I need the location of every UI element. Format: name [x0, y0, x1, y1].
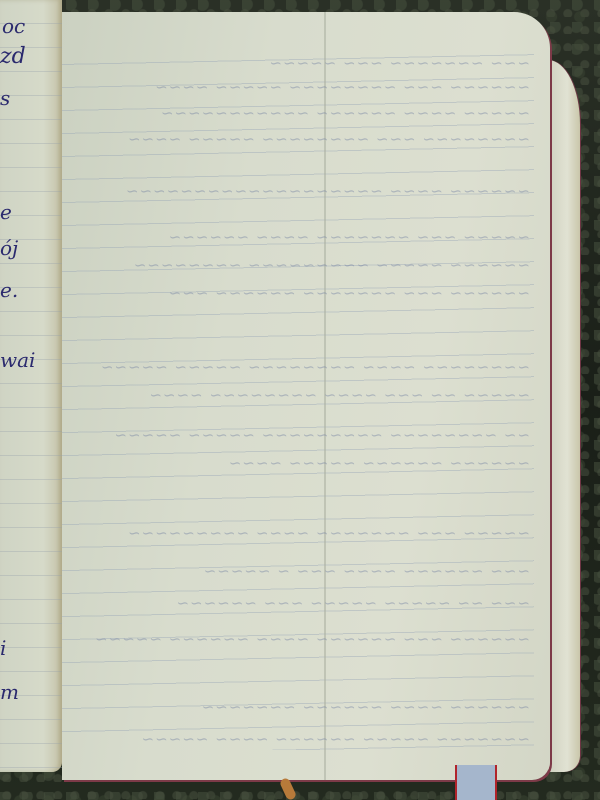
faint-handwriting-line: ~~~~~~~ ~~~~~ ~~~~~~ ~~~~ ~~~~~ — [76, 730, 530, 748]
faint-handwriting-line: ~~~~~~ ~~~ ~~~~~~~ ~~~~~~ ~~~ — [76, 284, 530, 302]
ink-fragment: wai — [0, 348, 35, 372]
faint-handwriting-line: ~~~~~~ ~~~ ~~~~~~ ~~~~ ~~~~~~ ~~~~~ — [76, 630, 530, 648]
ink-fragment: m — [0, 680, 19, 704]
right-notebook-page: ~~~ ~~~~~~~ ~~~ ~~~~~ ~~~~~~ ~~~ ~~~~~~~… — [62, 12, 550, 780]
faint-handwriting-line: ~~~~~ ~~ ~~~ ~~~~ ~~~~~~~~ ~~~~ — [76, 386, 530, 404]
left-notebook-page: oc zd s e ój e. wai i m — [0, 0, 62, 772]
faint-handwriting-line: ~~~~~ ~~~~ ~~~~~~ ~~~~~~~~~~~ — [76, 104, 530, 122]
faint-handwriting-line: ~~~~~ ~~~ ~~~~~~~ ~~~~ ~~~~~~ — [76, 228, 530, 246]
ink-fragment: e. — [0, 278, 18, 302]
faint-handwriting-line: ~~~~~~ ~~~ ~~~~~~~~ ~~~~~ ~~~~ — [76, 78, 530, 96]
faint-handwriting-line: ~~~~~~~~ ~~~ ~~~~~~~~ ~~~~~ ~~~~ — [76, 130, 530, 148]
faint-handwriting-line: ~~~ ~~~~~~ ~~~~ ~~~ ~ ~~~~~ — [76, 562, 530, 580]
ruled-lines — [0, 0, 62, 772]
faint-handwriting-line: ~~ ~~~~~~~~ ~~~~~~~~~ ~~~~~ ~~~~~ — [76, 426, 530, 444]
faint-handwriting-line: ~~~ ~~ ~~~~~ ~~~~~ ~~~ ~~~~~~ — [76, 594, 530, 612]
ink-fragment: zd — [0, 44, 26, 69]
faint-handwriting-line: ~~~~~~ ~~~~~~ ~~~~~ ~~~~ — [76, 454, 530, 472]
ink-fragment: oc — [2, 14, 25, 38]
card-strip-under-notebook — [455, 765, 497, 800]
faint-handwriting-line: ~~~~~~~~ ~~~~ ~~~~~~~~ ~~~~~ ~~~~~ — [76, 358, 530, 376]
faint-handwriting-line: ~~~~~~ ~~~~ ~~~~~~ ~~~~~~~ — [76, 698, 530, 716]
ink-fragment: ój — [0, 236, 18, 260]
ink-fragment: s — [0, 86, 10, 110]
ink-fragment: i — [0, 636, 6, 660]
ink-fragment: e — [0, 200, 12, 224]
faint-handwriting-line: ~~~~~ ~~~ ~~~~~~~ ~~~~ ~~~~~~~~~ — [76, 524, 530, 542]
faint-handwriting-line: ~~~~~~ ~~~~ ~~~~~~~~~~~~~~~~~~~ — [76, 182, 530, 200]
faint-handwriting-line: ~~~~~~ ~~~~~ ~~~~~~~~~ ~~~~~~~~ — [76, 256, 530, 274]
stacked-page-edges — [548, 60, 580, 772]
faint-handwriting-line: ~~~ ~~~~~~~ ~~~ ~~~~~ — [76, 54, 530, 72]
